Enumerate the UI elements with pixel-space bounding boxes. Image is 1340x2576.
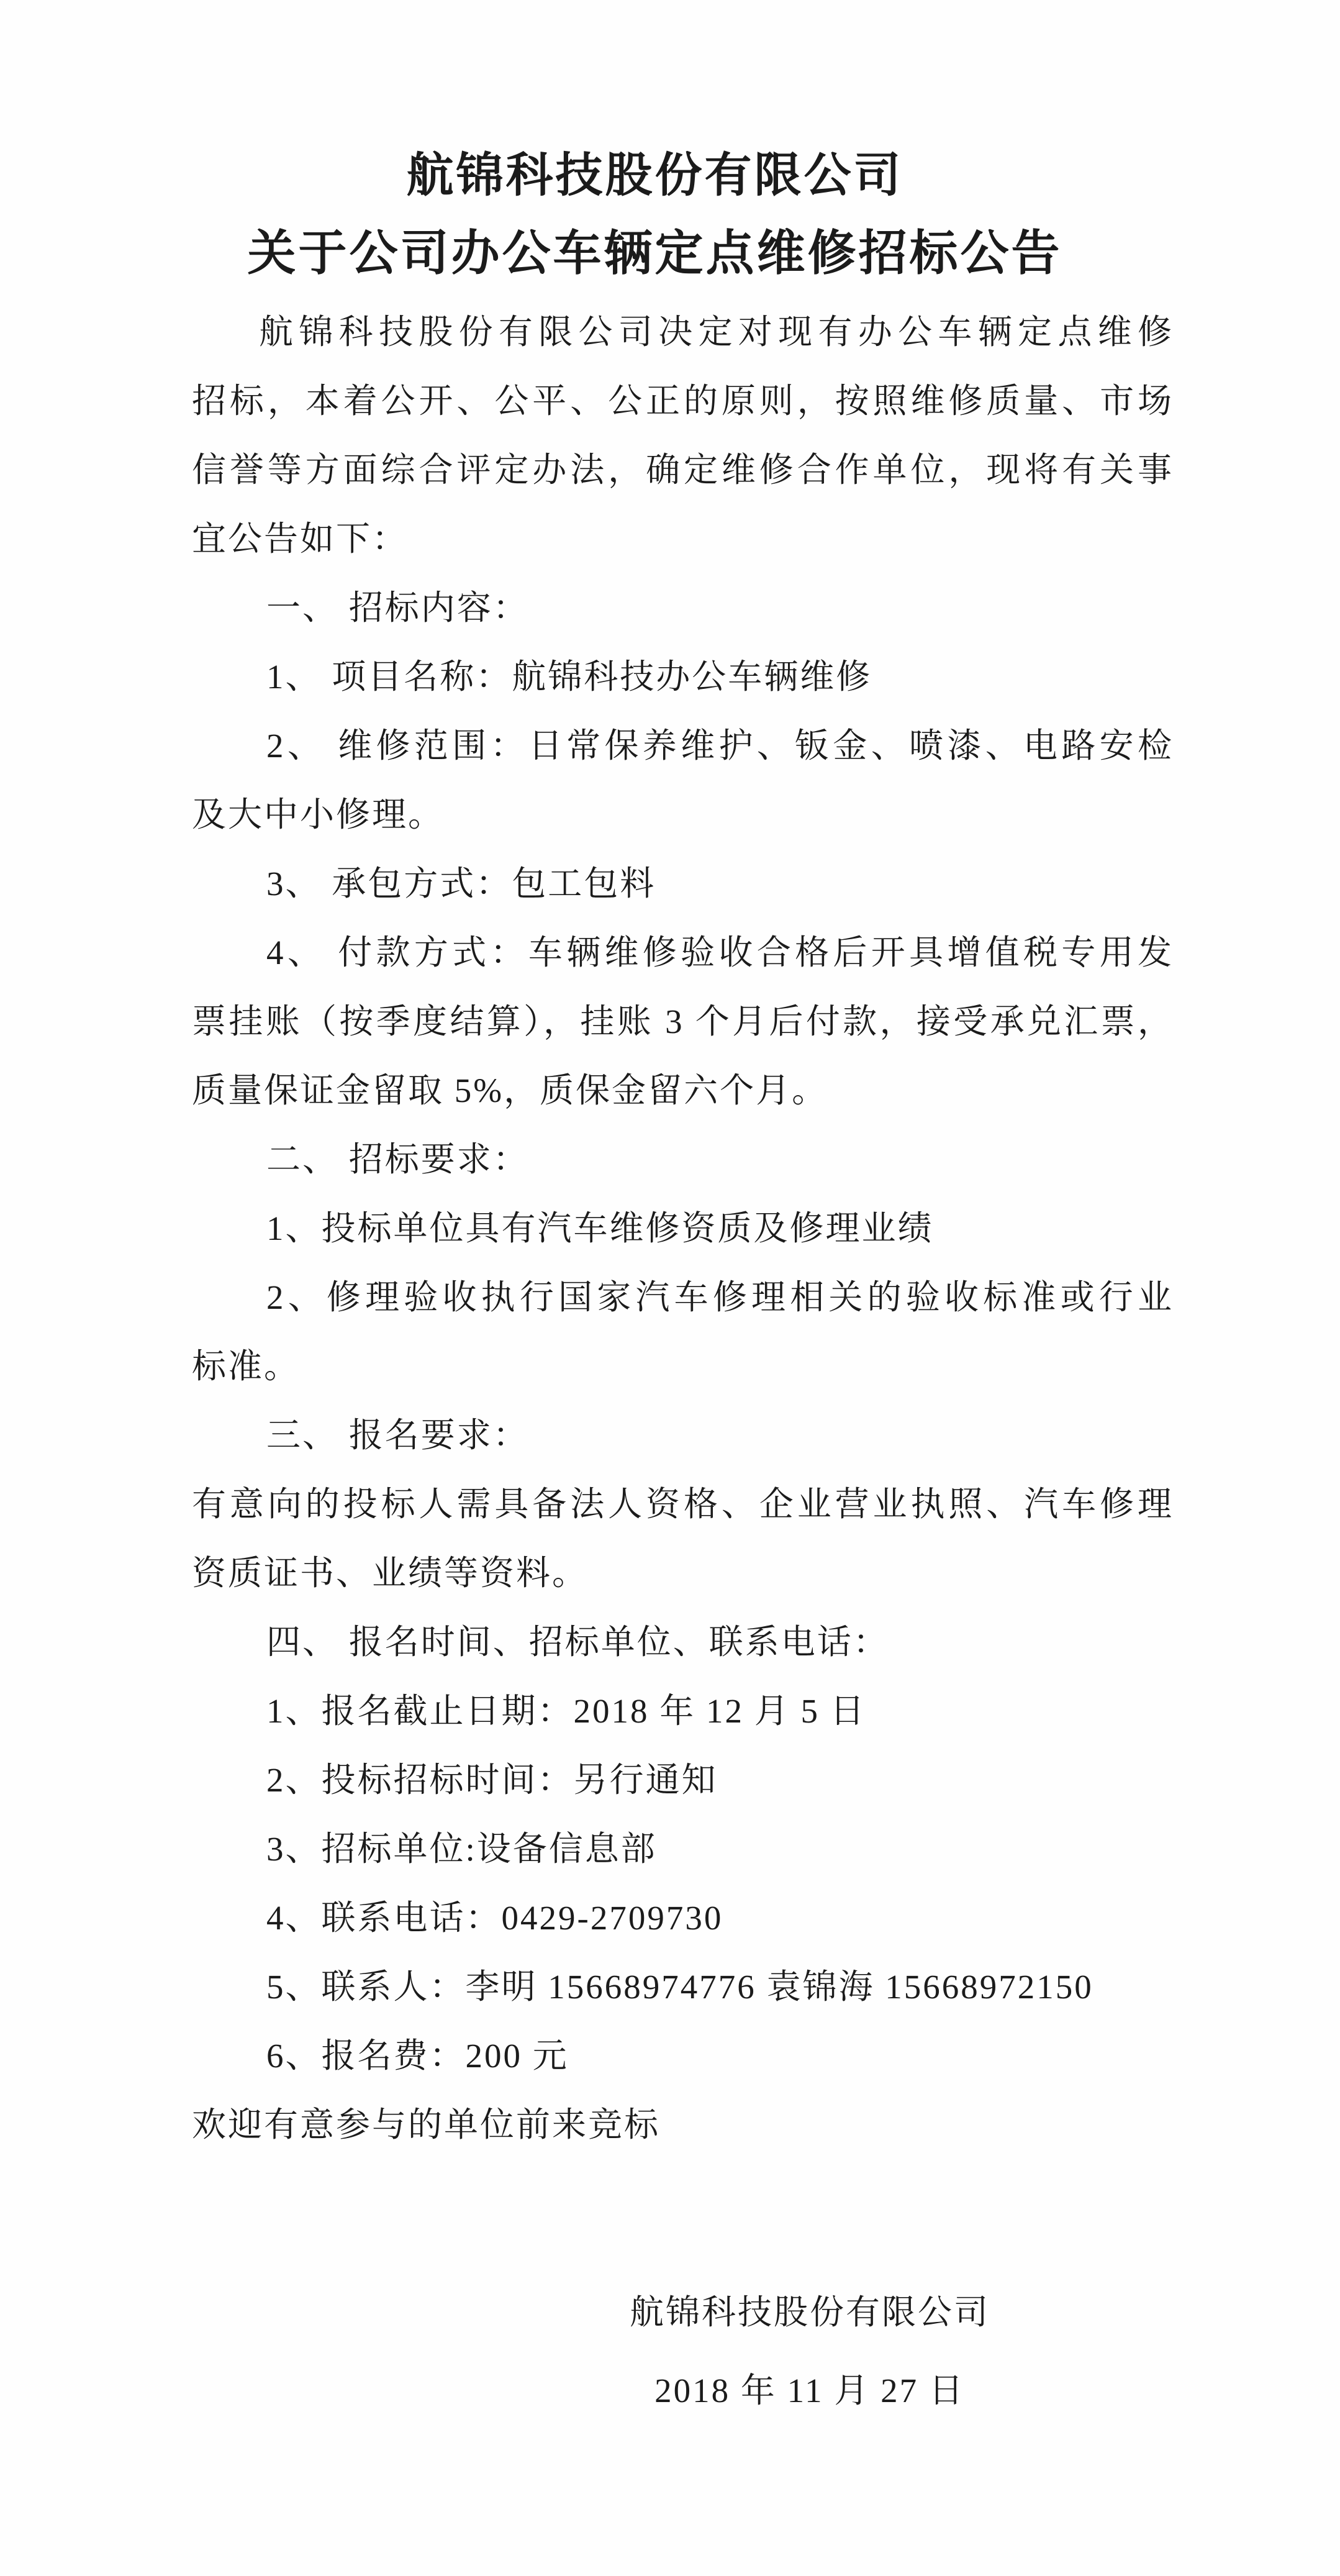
document-line: 招标，本着公开、公平、公正的原则，按照维修质量、市场 (192, 366, 1174, 435)
document-line: 2、投标招标时间：另行通知 (192, 1745, 1174, 1814)
document-line: 欢迎有意参与的单位前来竞标 (192, 2090, 1174, 2159)
document-line: 4、联系电话：0429-2709730 (192, 1883, 1174, 1952)
document-line: 质量保证金留取 5%，质保金留六个月。 (192, 1056, 1174, 1125)
document-content: 航锦科技股份有限公司 关于公司办公车辆定点维修招标公告 航锦科技股份有限公司决定… (192, 0, 1174, 2430)
document-line: 及大中小修理。 (192, 780, 1174, 849)
document-line: 4、 付款方式：车辆维修验收合格后开具增值税专用发 (192, 918, 1174, 987)
document-line: 一、 招标内容： (192, 573, 1174, 642)
document-line: 2、修理验收执行国家汽车修理相关的验收标准或行业 (192, 1263, 1174, 1332)
document-page: 航锦科技股份有限公司 关于公司办公车辆定点维修招标公告 航锦科技股份有限公司决定… (0, 0, 1340, 2576)
document-body: 航锦科技股份有限公司决定对现有办公车辆定点维修招标，本着公开、公平、公正的原则，… (192, 298, 1174, 2159)
document-line: 宜公告如下： (192, 504, 1174, 573)
document-line: 1、 项目名称：航锦科技办公车辆维修 (192, 642, 1174, 711)
document-line: 有意向的投标人需具备法人资格、企业营业执照、汽车修理 (192, 1470, 1174, 1539)
document-line: 二、 招标要求： (192, 1125, 1174, 1194)
document-title: 航锦科技股份有限公司 (164, 0, 1146, 201)
document-line: 标准。 (192, 1332, 1174, 1401)
document-line: 3、 承包方式：包工包料 (192, 849, 1174, 918)
document-line: 2、 维修范围：日常保养维护、钣金、喷漆、电路安检 (192, 711, 1174, 780)
signature-block: 航锦科技股份有限公司 2018 年 11 月 27 日 (611, 2273, 1008, 2430)
signature-date: 2018 年 11 月 27 日 (611, 2352, 1008, 2430)
document-line: 6、报名费：200 元 (192, 2021, 1174, 2090)
document-line: 5、联系人：李明 15668974776 袁锦海 15668972150 (192, 1952, 1174, 2021)
document-line: 信誉等方面综合评定办法，确定维修合作单位，现将有关事 (192, 435, 1174, 504)
document-line: 1、投标单位具有汽车维修资质及修理业绩 (192, 1194, 1174, 1263)
signature-company: 航锦科技股份有限公司 (611, 2273, 1008, 2352)
document-line: 3、招标单位:设备信息部 (192, 1814, 1174, 1883)
document-line: 票挂账（按季度结算），挂账 3 个月后付款，接受承兑汇票， (192, 987, 1174, 1056)
document-line: 1、报名截止日期：2018 年 12 月 5 日 (192, 1677, 1174, 1745)
document-line: 四、 报名时间、招标单位、联系电话： (192, 1608, 1174, 1677)
document-line: 三、 报名要求： (192, 1401, 1174, 1470)
document-subtitle: 关于公司办公车辆定点维修招标公告 (164, 228, 1146, 279)
document-line: 资质证书、业绩等资料。 (192, 1539, 1174, 1608)
document-line: 航锦科技股份有限公司决定对现有办公车辆定点维修 (192, 298, 1174, 366)
